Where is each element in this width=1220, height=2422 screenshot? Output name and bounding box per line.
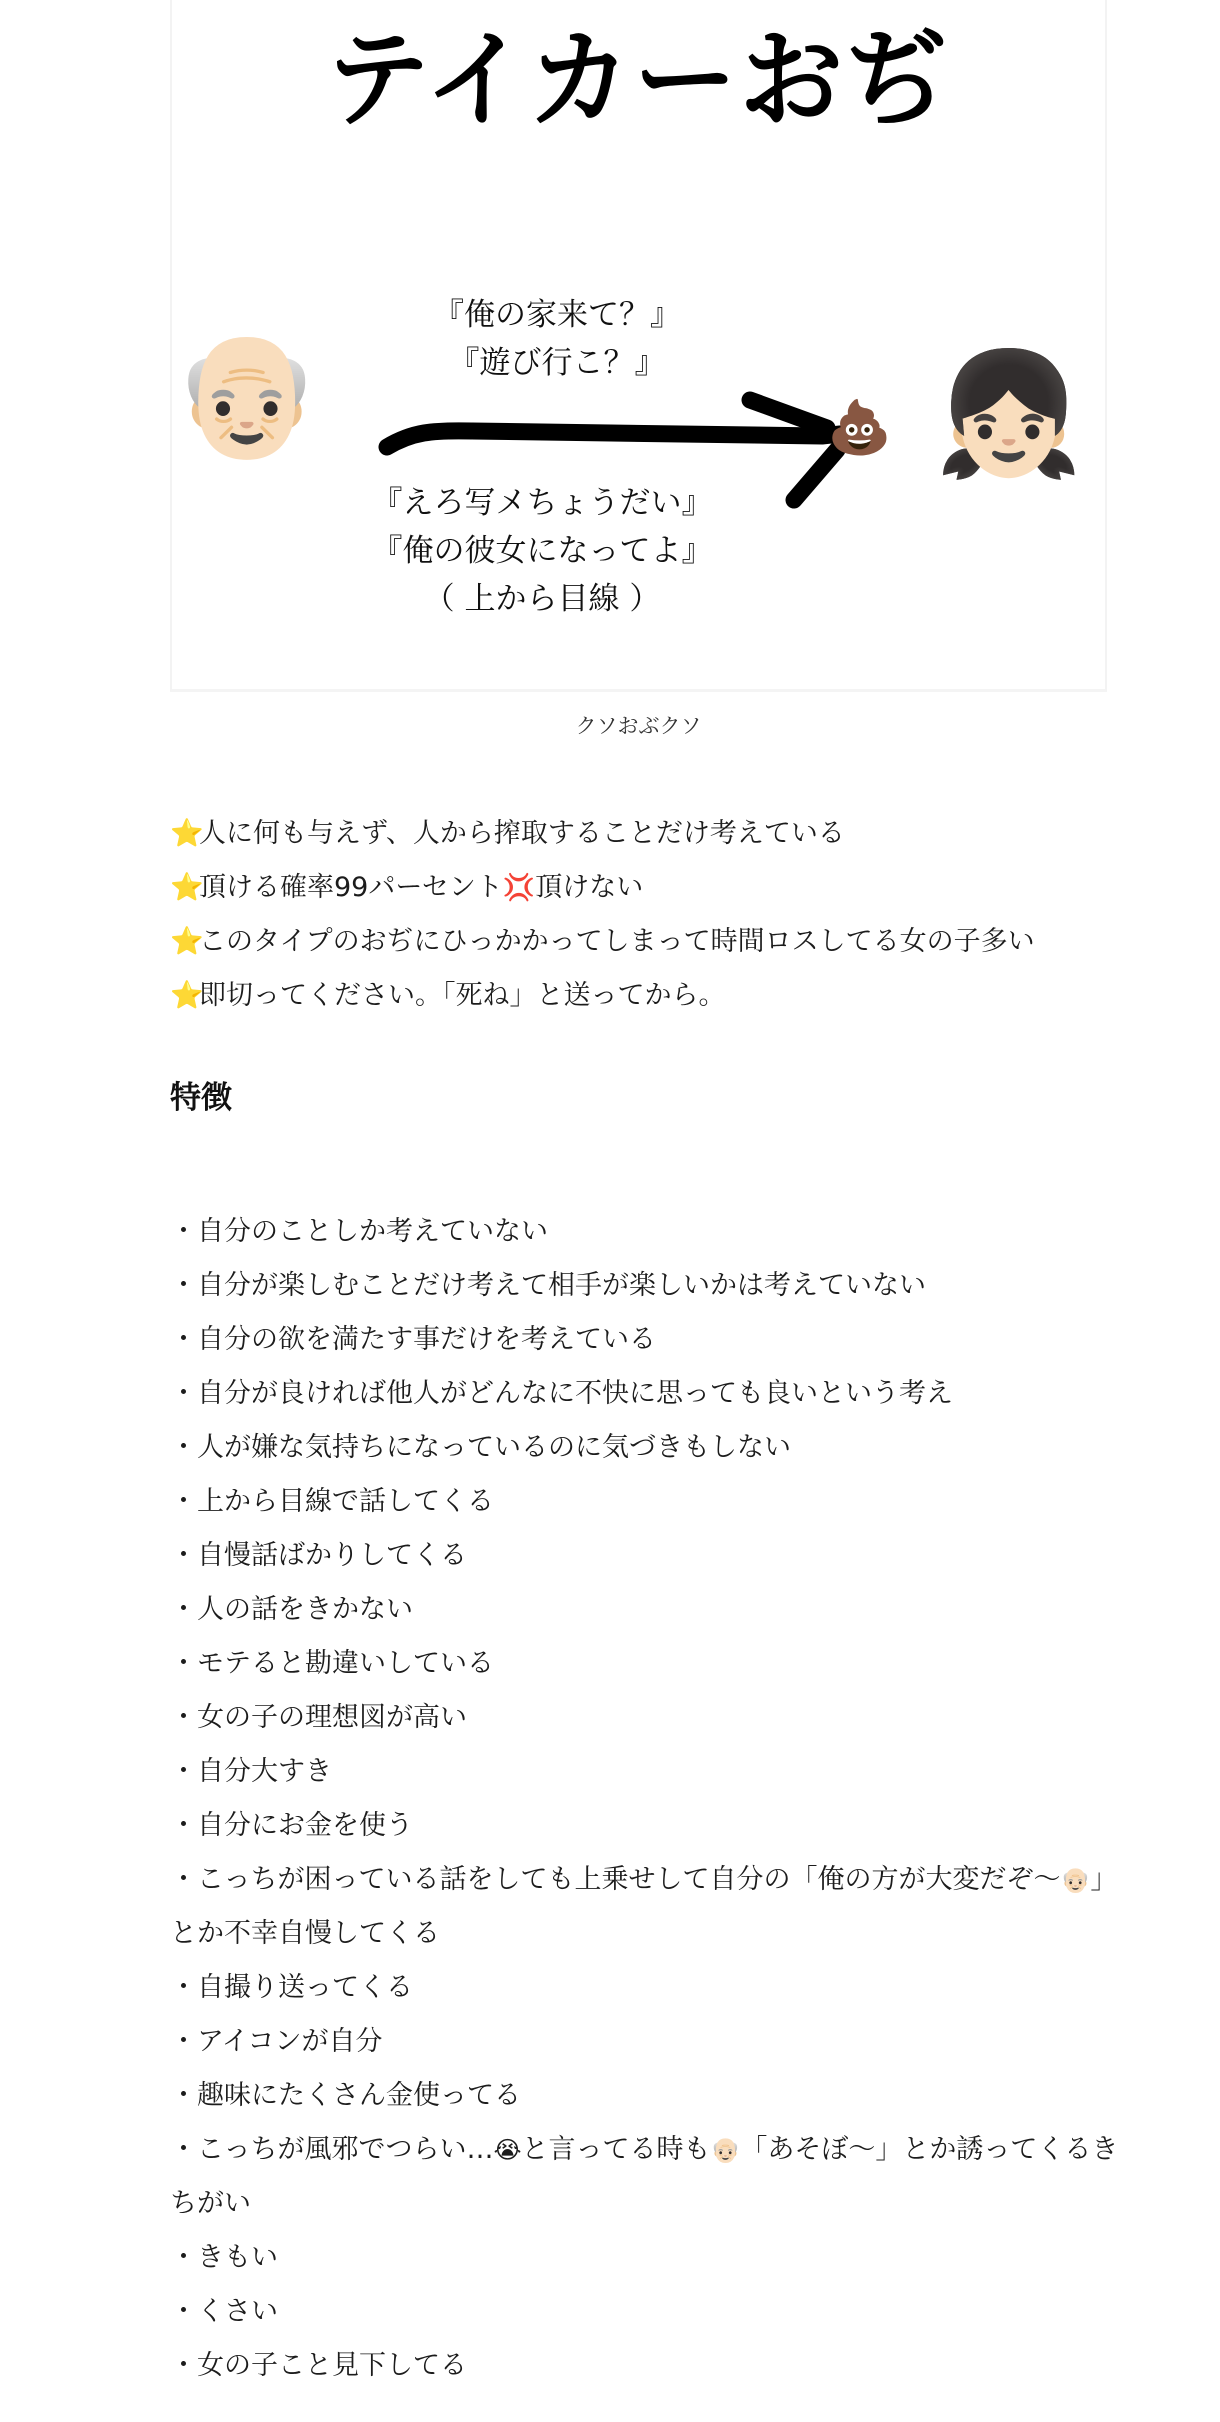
feature-item: ・人が嫌な気持ちになっているのに気づきもしない: [170, 1434, 791, 1461]
bullet: ・: [170, 1758, 197, 1785]
feature-item-continuation: ちがい: [170, 2190, 251, 2217]
old-man-emoji-icon: 👴🏻: [172, 335, 321, 455]
feature-item: ・モテると勘違いしている: [170, 1650, 494, 1677]
feature-text: 人の話をきかない: [197, 1594, 413, 1625]
quote-come-to-my-house: 『俺の家来て？』: [307, 300, 807, 331]
bullet: ・: [170, 1596, 197, 1623]
bullet: ・: [170, 1326, 197, 1353]
star-point-text: このタイプのおぢにひっかかってしまって時間ロスしてる女の子多い: [199, 926, 1035, 957]
star-icon: ⭐: [170, 820, 197, 847]
anger-symbol-icon: 💢: [503, 873, 535, 903]
bullet: ・: [170, 1704, 197, 1731]
feature-item: ・アイコンが自分: [170, 2028, 383, 2055]
feature-item: ・趣味にたくさん金使ってる: [170, 2082, 521, 2109]
star-point-text: 頂ける確率99パーセント: [199, 872, 503, 903]
feature-item-continuation: とか不幸自慢してくる: [170, 1920, 440, 1947]
feature-item: ・女の子こと見下してる: [170, 2352, 467, 2379]
quote-be-my-girlfriend: 『俺の彼女になってよ』: [272, 536, 812, 567]
old-man-emoji-icon: 👴🏻: [711, 2136, 741, 2164]
star-point-text: 人に何も与えず、人から搾取することだけ考えている: [199, 818, 845, 849]
bullet: ・: [170, 1974, 197, 2001]
feature-text: 自分大すき: [197, 1756, 332, 1787]
figure-caption: クソおぶクソ: [170, 710, 1107, 740]
feature-text-end: 」: [1090, 1864, 1117, 1895]
feature-text: 趣味にたくさん金使ってる: [197, 2080, 521, 2111]
bullet: ・: [170, 2136, 197, 2163]
feature-item: ・自分にお金を使う: [170, 1812, 413, 1839]
bullet: ・: [170, 1488, 197, 1515]
bullet: ・: [170, 1650, 197, 1677]
girl-emoji-icon: 👧🏻: [934, 355, 1083, 475]
bullet: ・: [170, 2352, 197, 2379]
star-icon: ⭐: [170, 928, 197, 955]
feature-text: 女の子こと見下してる: [197, 2350, 467, 2381]
feature-item: ・こっちが風邪でつらい…😭と言ってる時も👴🏻「あそぼ〜」とか誘ってくるき: [170, 2136, 1118, 2163]
feature-item: ・自分が良ければ他人がどんなに不快に思っても良いという考え: [170, 1380, 953, 1407]
feature-item: ・自分大すき: [170, 1758, 332, 1785]
star-icon: ⭐: [170, 982, 197, 1009]
feature-item: ・自撮り送ってくる: [170, 1974, 413, 2001]
bullet: ・: [170, 1218, 197, 1245]
star-point: ⭐即切ってください。「死ね」と送ってから。: [170, 982, 726, 1009]
feature-text-middle: と言ってる時も: [522, 2134, 711, 2165]
old-man-emoji-icon: 👴🏻: [1060, 1866, 1090, 1894]
header-illustration: テイカーおぢ 『俺の家来て？』 『遊び行こ？』 👴🏻 💩 👧🏻 『えろ写メちょう…: [170, 0, 1107, 692]
feature-text: 女の子の理想図が高い: [197, 1702, 467, 1733]
poop-emoji-icon: 💩: [827, 402, 892, 454]
quote-lets-hang-out: 『遊び行こ？』: [307, 348, 807, 379]
bullet: ・: [170, 1812, 197, 1839]
feature-text: こっちが困っている話をしても上乗せして自分の「俺の方が大変だぞ〜: [197, 1864, 1060, 1895]
feature-text: くさい: [197, 2296, 278, 2327]
feature-text: 自分の欲を満たす事だけを考えている: [197, 1324, 656, 1355]
feature-text-end: 「あそぼ〜」とか誘ってくるき: [740, 2134, 1118, 2165]
bullet: ・: [170, 1272, 197, 1299]
feature-item: ・女の子の理想図が高い: [170, 1704, 467, 1731]
bullet: ・: [170, 1866, 197, 1893]
bullet: ・: [170, 2244, 197, 2271]
feature-text: 人が嫌な気持ちになっているのに気づきもしない: [197, 1432, 791, 1463]
quote-send-photos: 『えろ写メちょうだい』: [272, 488, 812, 519]
feature-item: ・きもい: [170, 2244, 278, 2271]
feature-text: きもい: [197, 2242, 278, 2273]
bullet: ・: [170, 2082, 197, 2109]
star-point: ⭐このタイプのおぢにひっかかってしまって時間ロスしてる女の子多い: [170, 928, 1035, 955]
feature-item: ・人の話をきかない: [170, 1596, 413, 1623]
feature-item: ・自分の欲を満たす事だけを考えている: [170, 1326, 656, 1353]
star-point-text-end: 頂けない: [535, 872, 643, 903]
feature-text: 自撮り送ってくる: [197, 1972, 413, 2003]
feature-text: 自分が良ければ他人がどんなに不快に思っても良いという考え: [197, 1378, 953, 1409]
bullet: ・: [170, 2028, 197, 2055]
feature-text: 自分にお金を使う: [197, 1810, 413, 1841]
star-point: ⭐人に何も与えず、人から搾取することだけ考えている: [170, 820, 845, 847]
feature-item: ・自分のことしか考えていない: [170, 1218, 548, 1245]
feature-text: こっちが風邪でつらい…: [197, 2134, 493, 2165]
feature-text: 自分のことしか考えていない: [197, 1216, 548, 1247]
feature-text-continuation: とか不幸自慢してくる: [170, 1918, 440, 1949]
star-point-text: 即切ってください。「死ね」と送ってから。: [199, 980, 726, 1011]
bullet: ・: [170, 1434, 197, 1461]
section-heading-features: 特徴: [170, 1083, 232, 1114]
star-icon: ⭐: [170, 874, 197, 901]
bullet: ・: [170, 2298, 197, 2325]
bullet: ・: [170, 1380, 197, 1407]
feature-text-continuation: ちがい: [170, 2188, 251, 2219]
star-point: ⭐頂ける確率99パーセント💢頂けない: [170, 874, 643, 901]
feature-item: ・上から目線で話してくる: [170, 1488, 494, 1515]
bullet: ・: [170, 1542, 197, 1569]
feature-text: アイコンが自分: [197, 2026, 383, 2057]
feature-text: 自分が楽しむことだけ考えて相手が楽しいかは考えていない: [197, 1270, 926, 1301]
feature-text: 上から目線で話してくる: [197, 1486, 494, 1517]
feature-item: ・自慢話ばかりしてくる: [170, 1542, 467, 1569]
crying-face-emoji-icon: 😭: [493, 2136, 521, 2164]
feature-item: ・自分が楽しむことだけ考えて相手が楽しいかは考えていない: [170, 1272, 926, 1299]
feature-item: ・こっちが困っている話をしても上乗せして自分の「俺の方が大変だぞ〜👴🏻」: [170, 1866, 1117, 1893]
illustration-title: テイカーおぢ: [172, 17, 1105, 144]
quote-condescending-note: （ 上から目線 ）: [272, 584, 812, 615]
feature-item: ・くさい: [170, 2298, 278, 2325]
feature-text: モテると勘違いしている: [197, 1648, 494, 1679]
feature-text: 自慢話ばかりしてくる: [197, 1540, 467, 1571]
